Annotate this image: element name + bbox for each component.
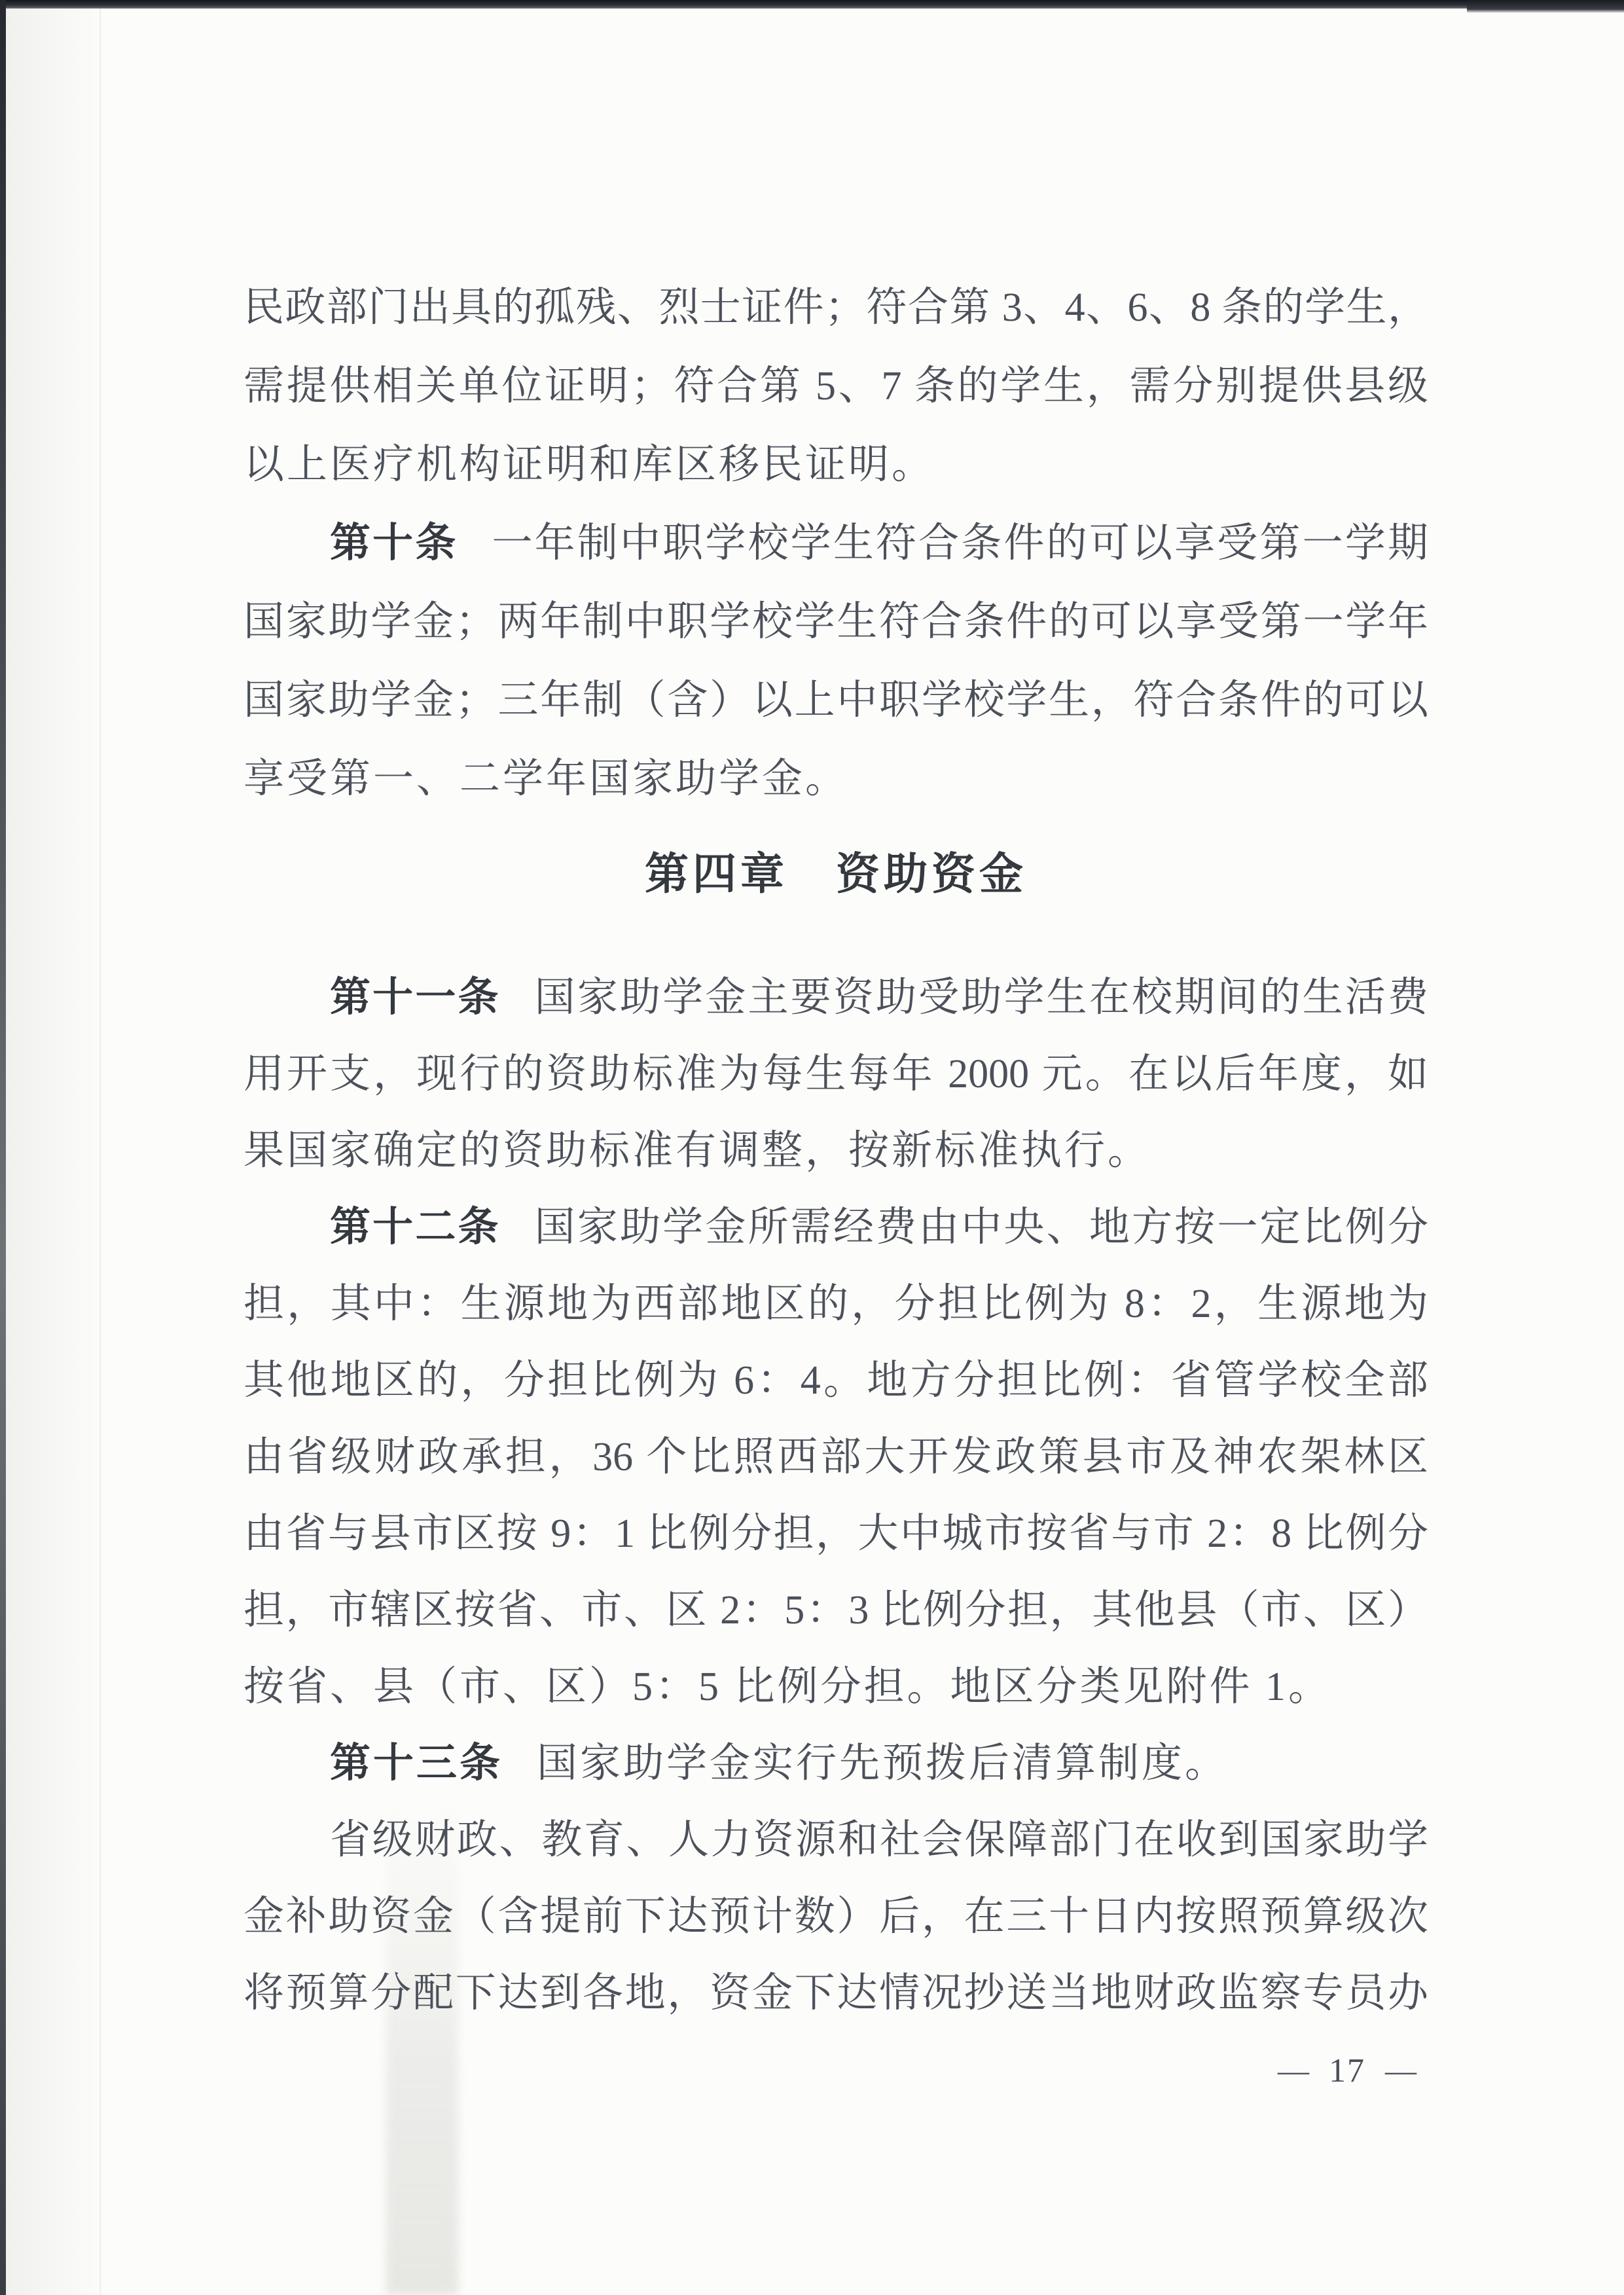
- scan-top-edge: [0, 0, 1624, 9]
- body-line: 享受第一、二学年国家助学金。: [244, 755, 1428, 803]
- footer-left-dash: —: [1278, 2053, 1309, 2089]
- body-line: 按省、县（市、区）5：5 比例分担。地区分类见附件 1。: [244, 1663, 1428, 1710]
- body-line-text: 国家助学金所需经费由中央、地方按一定比例分: [535, 1205, 1428, 1250]
- chapter-heading: 第四章 资助资金: [244, 850, 1428, 899]
- body-line: 金补助资金（含提前下达预计数）后，在三十日内按照预算级次: [244, 1893, 1428, 1940]
- article-number: 第十条: [330, 521, 458, 566]
- article-number: 第十三条: [330, 1741, 503, 1786]
- body-line: 省级财政、教育、人力资源和社会保障部门在收到国家助学: [244, 1816, 1428, 1864]
- article-number: 第十二条: [330, 1205, 501, 1250]
- body-line-article-11: 第十一条国家助学金主要资助受助学生在校期间的生活费: [244, 974, 1428, 1021]
- scan-crease-line: [99, 0, 101, 2295]
- body-line-article-10: 第十条一年制中职学校学生符合条件的可以享受第一学期: [244, 520, 1428, 567]
- body-line: 国家助学金；三年制（含）以上中职学校学生，符合条件的可以: [244, 677, 1428, 724]
- body-line-text: 一年制中职学校学生符合条件的可以享受第一学期: [492, 521, 1428, 566]
- body-line: 需提供相关单位证明；符合第 5、7 条的学生，需分别提供县级: [244, 363, 1428, 410]
- body-line: 由省与县市区按 9：1 比例分担，大中城市按省与市 2：8 比例分: [244, 1510, 1428, 1557]
- body-line: 担，其中：生源地为西部地区的，分担比例为 8：2，生源地为: [244, 1280, 1428, 1328]
- body-line: 其他地区的，分担比例为 6：4。地方分担比例：省管学校全部: [244, 1357, 1428, 1404]
- body-line-article-13: 第十三条国家助学金实行先预拨后清算制度。: [244, 1740, 1428, 1787]
- body-line: 由省级财政承担，36 个比照西部大开发政策县市及神农架林区: [244, 1434, 1428, 1481]
- scan-left-shading: [6, 0, 104, 2295]
- scan-left-edge: [0, 0, 6, 2295]
- page-footer: — 17 —: [1278, 2053, 1416, 2089]
- document-body: 民政部门出具的孤残、烈士证件；符合第 3、4、6、8 条的学生， 需提供相关单位…: [244, 0, 1428, 2295]
- body-line: 国家助学金；两年制中职学校学生符合条件的可以享受第一学年: [244, 598, 1428, 645]
- scanned-page: 民政部门出具的孤残、烈士证件；符合第 3、4、6、8 条的学生， 需提供相关单位…: [0, 0, 1624, 2295]
- body-line: 担，市辖区按省、市、区 2：5：3 比例分担，其他县（市、区）: [244, 1587, 1428, 1634]
- page-number: 17: [1329, 2053, 1365, 2089]
- body-line-text: 国家助学金实行先预拨后清算制度。: [537, 1741, 1228, 1786]
- body-line-text: 国家助学金主要资助受助学生在校期间的生活费: [535, 975, 1428, 1020]
- body-line: 民政部门出具的孤残、烈士证件；符合第 3、4、6、8 条的学生，: [244, 284, 1428, 331]
- body-line: 将预算分配下达到各地，资金下达情况抄送当地财政监察专员办: [244, 1970, 1428, 2017]
- body-line: 以上医疗机构证明和库区移民证明。: [244, 441, 1428, 488]
- footer-right-dash: —: [1385, 2053, 1416, 2089]
- article-number: 第十一条: [330, 975, 501, 1020]
- body-line: 用开支，现行的资助标准为每生每年 2000 元。在以后年度，如: [244, 1051, 1428, 1098]
- scan-top-right-edge: [1467, 0, 1624, 13]
- body-line-article-12: 第十二条国家助学金所需经费由中央、地方按一定比例分: [244, 1204, 1428, 1251]
- body-line: 果国家确定的资助标准有调整，按新标准执行。: [244, 1127, 1428, 1174]
